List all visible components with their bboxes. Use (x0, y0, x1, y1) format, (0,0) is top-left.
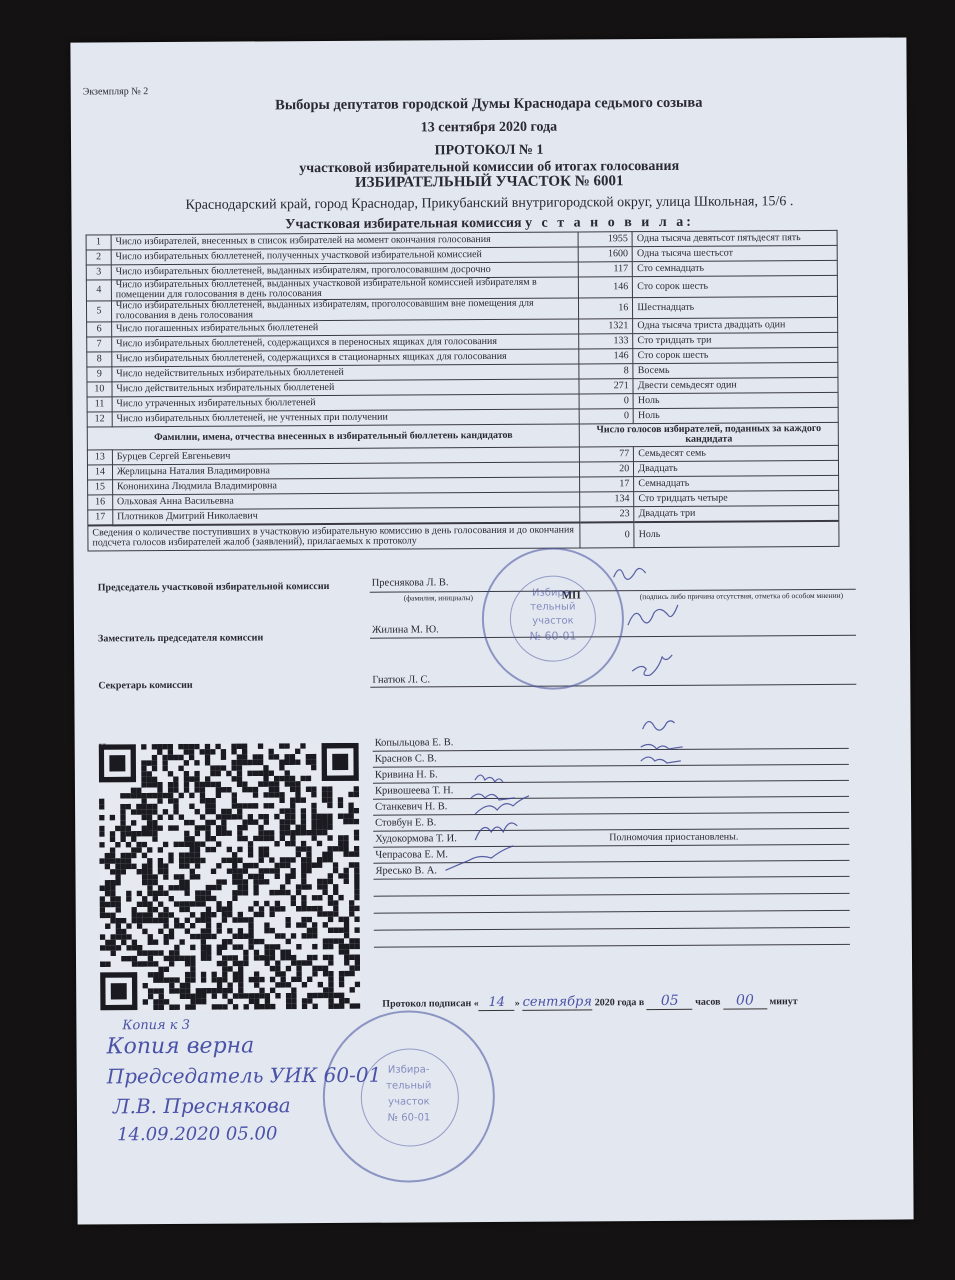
stamp-text: № 60-01 (484, 629, 622, 643)
signed-minutes: 00 (723, 992, 767, 1009)
row-number: 14 (87, 465, 112, 480)
signed-statement: Протокол подписан «14» сентября 2020 год… (382, 992, 798, 1012)
complaints-row: Сведения о количестве поступивших в учас… (88, 521, 839, 551)
candidate-votes-words: Семьдесят семь (634, 445, 839, 461)
results-table: 1Число избирателей, внесенных в список и… (86, 230, 840, 552)
established-spaced: у с т а н о в и л а: (525, 215, 694, 231)
row-number: 6 (87, 322, 112, 337)
member-name: Краснов С. В. (375, 753, 437, 764)
secretary-label: Секретарь комиссии (98, 680, 192, 692)
name-hint: (фамилия, инициалы) (404, 593, 473, 602)
member-name: Худокормова Т. И. (375, 833, 457, 844)
complaints-description: Сведения о количестве поступивших в учас… (88, 522, 580, 551)
candidates-header-right: Число голосов избирателей, поданных за к… (579, 422, 838, 447)
member-note: Полномочия приостановлены. (609, 831, 738, 843)
handwritten-chair-name: Л.В. Преснякова (113, 1093, 291, 1118)
signed-hours: 05 (647, 993, 693, 1010)
candidate-votes-words: Двадцать (634, 460, 839, 476)
candidate-votes-words: Двадцать три (634, 505, 839, 522)
row-number: 15 (88, 480, 113, 495)
secretary-name: Гнатюк Л. С. (372, 674, 430, 685)
candidate-votes: 134 (580, 492, 634, 507)
candidate-votes: 77 (579, 447, 633, 462)
candidates-header-left: Фамилии, имена, отчества внесенных в изб… (87, 424, 579, 450)
member-signature-line (373, 812, 849, 816)
row-number: 8 (87, 352, 112, 367)
row-value: 146 (578, 277, 632, 298)
member-name: Яресько В. А. (375, 865, 437, 876)
stamp-text: тельный (325, 1080, 493, 1092)
row-value: 8 (579, 364, 633, 379)
established-prefix: Участковая избирательная комиссия (285, 216, 521, 232)
handwritten-copy-no: Копия к 3 (122, 1018, 190, 1033)
election-title: Выборы депутатов городской Думы Краснода… (71, 93, 907, 115)
official-stamp-lower: Избира- тельный участок № 60-01 (322, 1010, 495, 1183)
qr-code-graphic (99, 743, 361, 1011)
row-words: Сто сорок шесть (633, 347, 838, 363)
member-name: Станкевич Н. В. (375, 801, 447, 812)
candidate-votes: 20 (580, 462, 634, 477)
row-words: Сто сорок шесть (633, 275, 838, 297)
blank-signature-line (374, 944, 850, 948)
stamp-text: Избира- (325, 1064, 493, 1076)
row-number: 16 (88, 495, 113, 510)
row-value: 0 (579, 409, 633, 424)
chair-name: Преснякова Л. В. (372, 577, 449, 588)
row-words: Одна тысяча триста двадцать один (633, 317, 838, 333)
member-signature-line (373, 764, 849, 768)
row-value: 0 (579, 394, 633, 409)
complaints-value: 0 (580, 522, 634, 548)
member-signature-line (373, 828, 849, 832)
chair-label: Председатель участковой избирательной ко… (98, 581, 330, 593)
row-words: Сто семнадцать (633, 260, 838, 276)
row-description: Число избирательных бюллетеней, выданных… (111, 298, 578, 322)
member-name: Кривина Н. Б. (375, 769, 438, 780)
row-words: Шестнадцать (633, 296, 838, 318)
row-number: 2 (86, 250, 111, 265)
official-stamp-upper: Избира- тельный участок № 60-01 (481, 547, 624, 690)
deputy-signature (628, 605, 678, 625)
member-name: Кривошеева Т. Н. (375, 785, 453, 796)
signed-minutes-label: минут (769, 996, 797, 1007)
election-date: 13 сентября 2020 года (71, 117, 907, 138)
stamp-text: Избира- (484, 587, 622, 599)
stamp-text: № 60-01 (325, 1112, 493, 1124)
row-words: Восемь (633, 362, 838, 378)
row-value: 117 (578, 262, 632, 277)
signed-year: 2020 года в (595, 997, 645, 1008)
stamp-text: участок (484, 615, 622, 627)
row-number: 4 (86, 280, 111, 301)
secretary-signature (632, 655, 672, 676)
member-signature-line (373, 844, 849, 848)
row-number: 12 (87, 412, 112, 427)
row-number: 1 (86, 235, 111, 250)
row-number: 10 (87, 382, 112, 397)
protocol-page: Экземпляр № 2 Выборы депутатов городской… (70, 37, 913, 1224)
row-words: Ноль (633, 407, 838, 423)
row-value: 1955 (578, 232, 632, 247)
row-value: 146 (579, 349, 633, 364)
member-name: Чепрасова Е. М. (375, 849, 448, 860)
row-number: 17 (88, 510, 113, 526)
blank-signature-line (374, 910, 850, 914)
precinct-address: Краснодарский край, город Краснодар, При… (71, 193, 907, 214)
candidate-votes-words: Сто тридцать четыре (634, 490, 839, 506)
signed-hours-label: часов (695, 997, 720, 1008)
copy-number: Экземпляр № 2 (83, 86, 149, 97)
row-words: Сто тридцать три (633, 332, 838, 348)
row-words: Одна тысяча девятьсот пятьдесят пять (632, 230, 837, 246)
candidate-votes: 17 (580, 477, 634, 492)
row-value: 133 (579, 334, 633, 349)
blank-signature-line (374, 927, 850, 931)
row-number: 11 (87, 397, 112, 412)
member-signature-line (373, 796, 849, 800)
member-signature-line (374, 876, 850, 880)
deputy-label: Заместитель председателя комиссии (98, 632, 263, 644)
member-name: Копыльцова Е. В. (375, 737, 454, 748)
member-signature-line (373, 860, 849, 864)
stamp-text: тельный (484, 601, 622, 613)
members-list: Копыльцова Е. В. Краснов С. В. Кривина Н… (70, 37, 906, 42)
row-number: 5 (86, 301, 111, 322)
signed-day: 14 (479, 995, 515, 1011)
complaints-words: Ноль (634, 521, 839, 548)
stamp-text: участок (325, 1096, 493, 1108)
row-number: 9 (87, 367, 112, 382)
member-name: Стовбун Е. В. (375, 817, 436, 828)
row-value: 1600 (578, 247, 632, 262)
handwritten-date: 14.09.2020 05.00 (117, 1123, 277, 1145)
signed-prefix: Протокол подписан « (382, 998, 479, 1010)
qr-code (99, 743, 361, 1011)
row-number: 13 (87, 450, 112, 465)
row-number: 3 (86, 265, 111, 280)
row-words: Двести семьдесят один (633, 377, 838, 393)
member-signature-line (373, 780, 849, 784)
row-value: 16 (579, 298, 633, 319)
candidate-votes-words: Семнадцать (634, 475, 839, 491)
row-value: 1321 (579, 319, 633, 334)
signature-hint: (подпись либо причина отсутствия, отметк… (640, 591, 843, 601)
deputy-name: Жилина М. Ю. (372, 624, 439, 635)
signed-month: сентября (522, 994, 592, 1010)
signed-mid: » (515, 998, 520, 1009)
candidate-votes: 23 (580, 507, 634, 523)
row-words: Одна тысяча шестьсот (632, 245, 837, 261)
secretary-signature-line (370, 684, 856, 688)
row-value: 271 (579, 379, 633, 394)
chair-signature (614, 568, 646, 579)
member-signature-line (373, 748, 849, 752)
blank-signature-line (374, 893, 850, 897)
row-words: Ноль (633, 392, 838, 408)
handwritten-copy-certified: Копия верна (106, 1033, 254, 1059)
row-number: 7 (87, 337, 112, 352)
